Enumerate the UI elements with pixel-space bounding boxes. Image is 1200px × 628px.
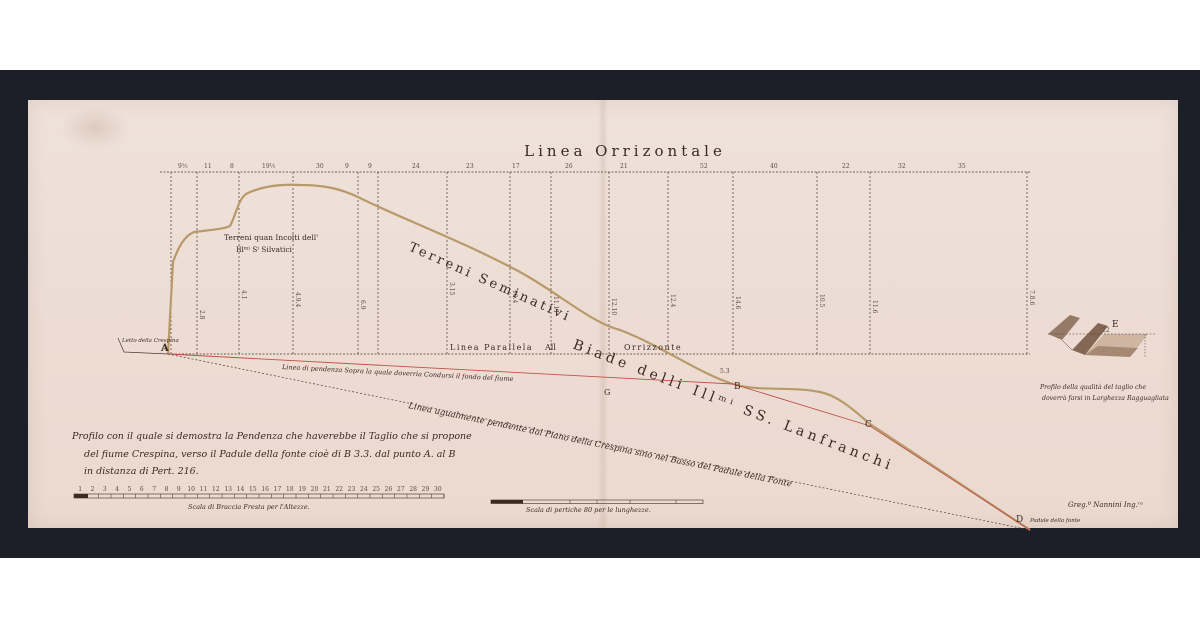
top-distance-label: 9½ [178, 163, 188, 170]
depth-label: 10.5 [818, 294, 825, 308]
scale-tick-label: 10 [187, 486, 195, 493]
depth-label: 3.15 [448, 282, 455, 296]
scale-tick-label: 23 [348, 486, 356, 493]
scale-tick-label: 25 [372, 486, 380, 493]
depth-label: 6.9 [359, 300, 366, 310]
scale-tick-label: 26 [385, 486, 393, 493]
orrizzonte-label: Orrizzonte [624, 343, 682, 352]
top-distance-label: 8 [230, 163, 234, 170]
scale-tick-label: 6 [140, 486, 144, 493]
top-distance-label: 40 [770, 163, 778, 170]
top-distance-label: 9 [345, 163, 349, 170]
scale-tick-label: 3 [103, 486, 107, 493]
scale-braccia: 1234567891011121314151617181920212223242… [74, 486, 444, 511]
depth-label: 12.10 [610, 298, 617, 315]
top-distance-label: 9 [368, 163, 372, 170]
scale-tick-label: 14 [237, 486, 245, 493]
top-distance-label: 32 [898, 163, 906, 170]
vertical-measure-lines [171, 172, 1027, 354]
depth-label: 14.6 [734, 296, 741, 310]
scale-tick-label: 8 [165, 486, 169, 493]
caption-line-2: del fiume Crespina, verso il Padule dell… [84, 449, 455, 460]
scale-tick-label: 29 [422, 486, 430, 493]
top-distance-label: 30 [316, 163, 324, 170]
top-distance-label: 35 [958, 163, 966, 170]
terreni-silvatici-label: Terreni quan Incolti dell' [224, 233, 318, 242]
top-distance-label: 23 [466, 163, 474, 170]
signature: Greg.º Nannini Ing.ʳᵉ [1068, 501, 1143, 509]
scale-tick-label: 12 [212, 486, 220, 493]
section-caption-2: doverrà farsi in Larghezza Ragguagliata [1042, 395, 1169, 402]
scale-tick-label: 2 [91, 486, 95, 493]
depth-label: 12.4 [669, 294, 676, 308]
scale-tick-label: 5 [128, 486, 132, 493]
caption-line-3: in distanza di Pert. 216. [84, 466, 199, 477]
scale-tick-label: 18 [286, 486, 294, 493]
depth-label: 4.1 [240, 290, 247, 300]
depth-label: 4.9.4 [294, 292, 301, 307]
scale-tick-label: 24 [360, 486, 368, 493]
scale-tick-label: 11 [200, 486, 208, 493]
depth-labels: 2.84.14.9.46.93.1510.411.1112.1012.414.6… [198, 282, 1035, 320]
top-distance-label: 11 [204, 163, 212, 170]
letto-crespina-label: Letto della Crespina [121, 338, 179, 344]
b-depth-label: 5.3 [720, 368, 730, 375]
section-caption-1: Profilo della qualità del taglio che [1039, 384, 1146, 391]
scale-tick-label: 15 [249, 486, 257, 493]
top-distance-label: 26 [565, 163, 573, 170]
caption-line-1: Profilo con il quale si demostra la Pend… [71, 431, 472, 442]
diagram-title: Linea Orrizontale [524, 142, 726, 160]
scale-tick-label: 9 [177, 486, 181, 493]
section-width-label: 22 [1102, 327, 1110, 334]
top-distance-label: 52 [700, 163, 708, 170]
scale-tick-label: 27 [397, 486, 405, 493]
scale-tick-label: 7 [152, 486, 156, 493]
top-distance-label: 17 [512, 163, 520, 170]
scale-tick-label: 19 [298, 486, 306, 493]
scale-tick-label: 28 [409, 486, 417, 493]
top-distance-label: 19½ [262, 163, 276, 170]
scale-tick-label: 20 [311, 486, 319, 493]
scale-tick-label: 21 [323, 486, 331, 493]
scale-braccia-label: Scala di Braccia Fresta per l'Altezze. [188, 503, 310, 511]
scale-tick-label: 22 [335, 486, 343, 493]
depth-label: 2.8 [198, 310, 205, 320]
section-profile: E 22 Profilo della qualità del taglio ch… [1039, 315, 1169, 402]
scale-tick-label: 30 [434, 486, 442, 493]
scale-pertiche: Scala di pertiche 80 per le lunghezze. [491, 500, 703, 514]
point-a-label: A [160, 343, 169, 354]
depth-label: 11.6 [871, 300, 878, 314]
point-d-label: D [1016, 515, 1023, 525]
top-distance-label: 24 [412, 163, 420, 170]
scale-tick-label: 16 [261, 486, 269, 493]
linea-parallela-label: Linea Parallela [450, 343, 533, 352]
top-distance-labels: 9½11819½309924231726215240223235 [178, 163, 966, 170]
terreni-silvatici-label-2: Illᵐⁱ Sⁱ Silvatici [236, 245, 293, 254]
scale-tick-label: 13 [224, 486, 232, 493]
profile-diagram: Linea Orrizontale 9½11819½30992423172621… [0, 0, 1200, 628]
point-b-label: B [734, 382, 741, 392]
top-distance-label: 22 [842, 163, 850, 170]
point-g-label: G [604, 388, 610, 397]
section-point-e: E [1112, 320, 1119, 330]
padule-fonte-label: Padule della fonte [1029, 518, 1081, 524]
all-label: All [544, 343, 556, 352]
point-c-label: C [865, 420, 872, 430]
top-distance-label: 21 [620, 163, 628, 170]
scale-tick-label: 1 [78, 486, 82, 493]
scale-pertiche-label: Scala di pertiche 80 per le lunghezze. [526, 506, 651, 514]
scale-tick-label: 4 [115, 486, 119, 493]
scale-tick-label: 17 [274, 486, 282, 493]
terreni-seminativi-label: Terreni Seminativi [406, 240, 573, 325]
depth-label: 7.8.6 [1028, 290, 1035, 305]
